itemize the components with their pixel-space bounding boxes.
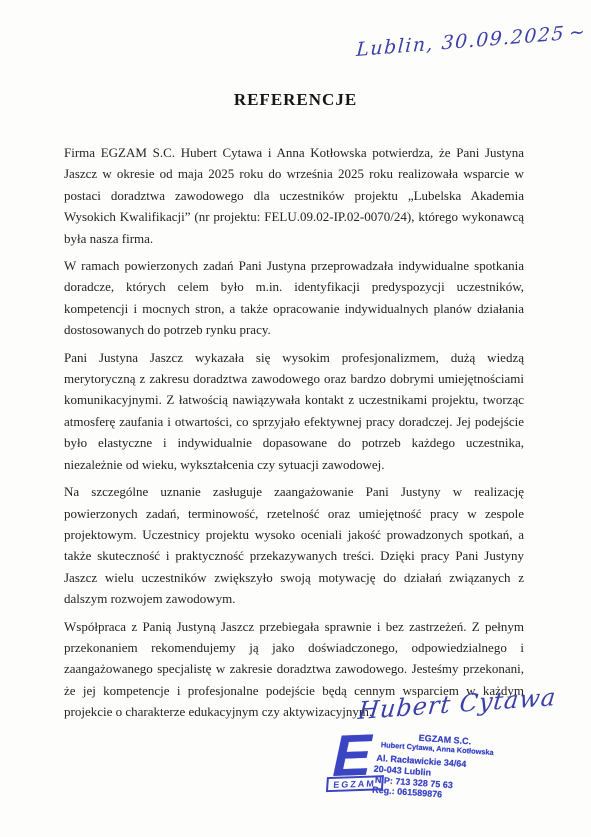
document-title: REFERENCJE xyxy=(0,90,591,110)
paragraph-intro: Firma EGZAM S.C. Hubert Cytawa i Anna Ko… xyxy=(64,142,524,249)
paragraph-professionalism: Pani Justyna Jaszcz wykazała się wysokim… xyxy=(64,347,524,475)
company-stamp: E EGZAM EGZAM S.C. Hubert Cytawa, Anna K… xyxy=(322,730,498,822)
paragraph-tasks: W ramach powierzonych zadań Pani Justyna… xyxy=(64,255,524,341)
handwritten-date-flourish: ~ xyxy=(564,21,585,45)
stamp-text-block: EGZAM S.C. Hubert Cytawa, Anna Kotłowska… xyxy=(372,730,500,804)
handwritten-date: Lublin, 30.09.2025~ xyxy=(356,21,586,61)
scanned-reference-letter: Lublin, 30.09.2025~ REFERENCJE Firma EGZ… xyxy=(0,0,591,837)
paragraph-recognition: Na szczególne uznanie zasługuje zaangażo… xyxy=(64,481,524,609)
handwritten-date-text: Lublin, 30.09.2025 xyxy=(356,22,566,61)
letter-body: Firma EGZAM S.C. Hubert Cytawa i Anna Ko… xyxy=(64,142,524,729)
